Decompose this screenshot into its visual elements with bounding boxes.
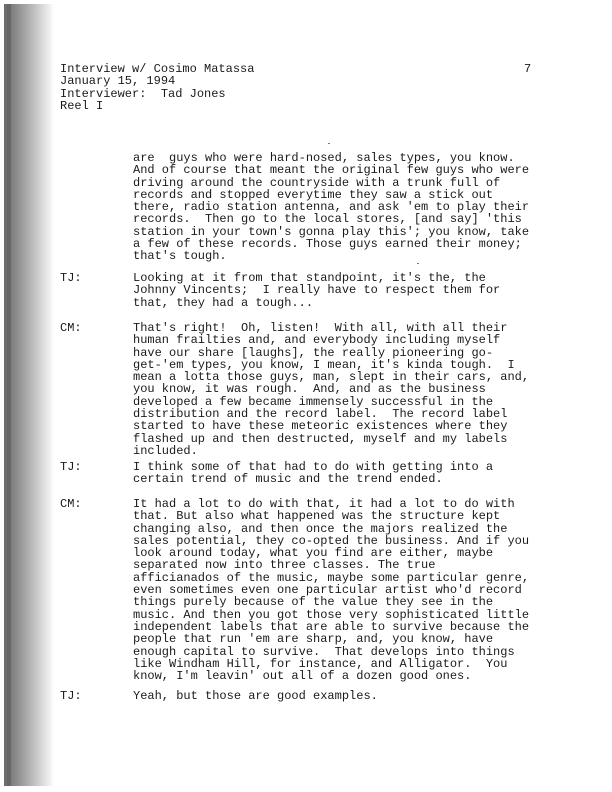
- speech-line: know, I'm leavin' out all of a dozen goo…: [133, 670, 529, 682]
- speech-line: that. But also what happened was the str…: [133, 510, 529, 522]
- speech-line: that's tough.: [133, 250, 529, 262]
- speech-text: That's right! Oh, listen! With all, with…: [133, 322, 529, 457]
- speech-line: that, they had a tough...: [133, 297, 500, 309]
- speech-line: human frailties and, and everybody inclu…: [133, 334, 529, 346]
- document-header: Interview w/ Cosimo Matassa January 15, …: [60, 63, 254, 112]
- speaker-label: CM:: [60, 322, 82, 334]
- speech-line: separated now into three classes. The tr…: [133, 559, 529, 571]
- speech-text: I think some of that had to do with gett…: [133, 461, 493, 486]
- speech-line: started to have these meteoric existence…: [133, 420, 529, 432]
- speech-line: And of course that meant the original fe…: [133, 164, 529, 176]
- speech-text: are guys who were hard-nosed, sales type…: [133, 152, 529, 263]
- speech-line: people that run 'em are sharp, and, you …: [133, 633, 529, 645]
- speech-text: It had a lot to do with that, it had a l…: [133, 498, 529, 682]
- speech-text: Yeah, but those are good examples.: [133, 690, 378, 702]
- speech-line: included.: [133, 445, 529, 457]
- speaker-label: TJ:: [60, 461, 82, 473]
- speaker-label: CM:: [60, 498, 82, 510]
- transcript-page: Interview w/ Cosimo Matassa January 15, …: [0, 0, 612, 792]
- scan-speck: [328, 143, 330, 144]
- speech-text: Looking at it from that standpoint, it's…: [133, 272, 500, 309]
- speech-line: you know, it was rough. And, and as the …: [133, 383, 529, 395]
- header-date: January 15, 1994: [60, 75, 254, 87]
- speech-line: enough capital to survive. That develops…: [133, 646, 529, 658]
- speaker-label: TJ:: [60, 690, 82, 702]
- scan-speck: [417, 263, 419, 264]
- page-number: 7: [524, 63, 531, 75]
- speech-line: Johnny Vincents; I really have to respec…: [133, 284, 500, 296]
- speech-line: certain trend of music and the trend end…: [133, 473, 493, 485]
- speech-line: Yeah, but those are good examples.: [133, 690, 378, 702]
- speaker-label: TJ:: [60, 272, 82, 284]
- speech-line: records. Then go to the local stores, [a…: [133, 213, 529, 225]
- speech-line: things purely because of the value they …: [133, 596, 529, 608]
- header-reel: Reel I: [60, 100, 254, 112]
